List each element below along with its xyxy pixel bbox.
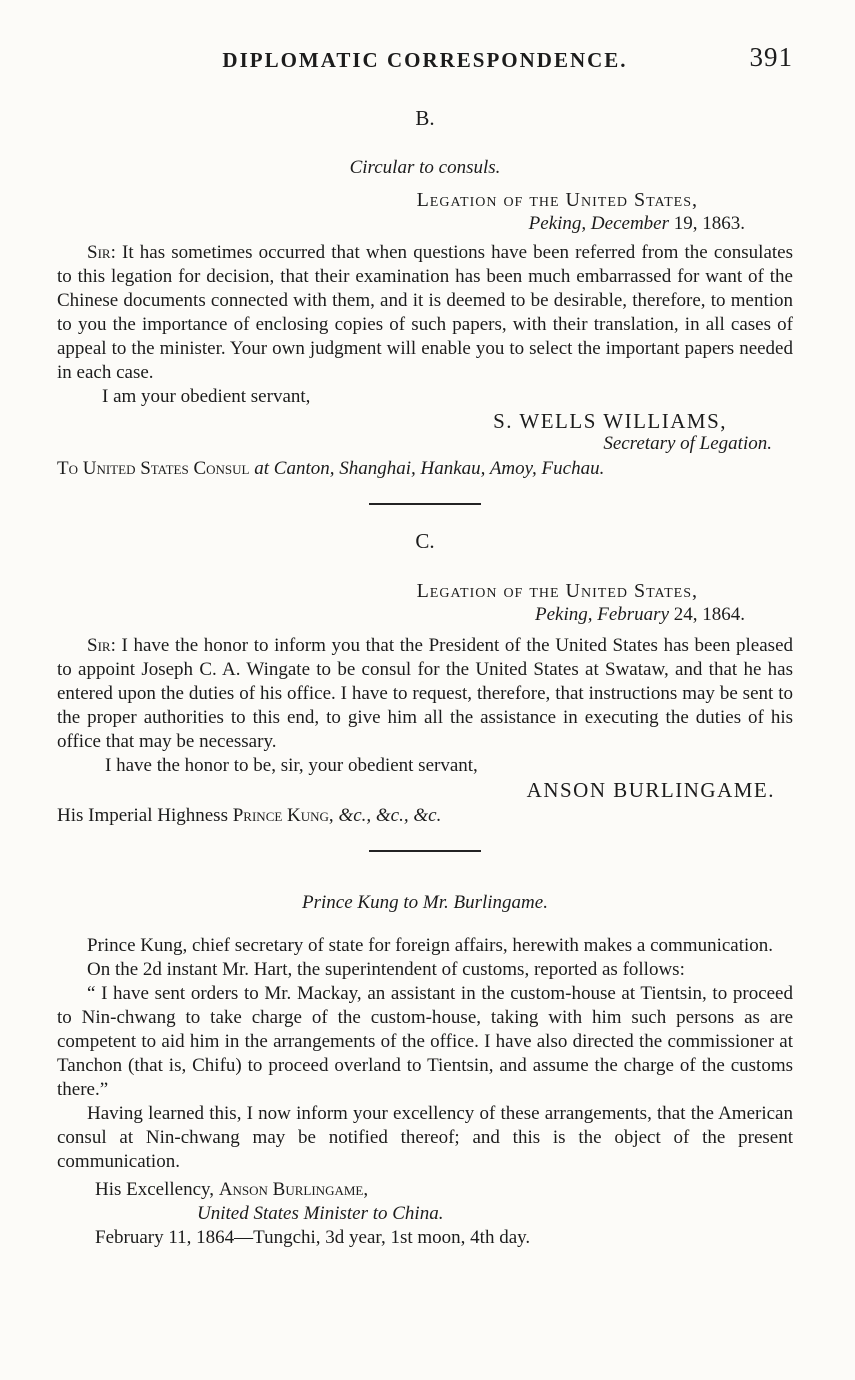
page-title: DIPLOMATIC CORRESPONDENCE.: [222, 48, 627, 73]
addressee-prefix: His Excellency,: [95, 1179, 219, 1200]
section-b-legation-heading: Legation of the United States, Peking, D…: [57, 189, 793, 235]
section-b-closing: I am your obedient servant,: [102, 385, 793, 409]
kung-letter-addressee-title: United States Minister to China.: [197, 1202, 793, 1226]
kung-letter-paragraph-1: Prince Kung, chief secretary of state fo…: [57, 934, 793, 958]
legation-line: Legation of the United States,: [57, 189, 793, 211]
section-c-legation-heading: Legation of the United States, Peking, F…: [57, 580, 793, 626]
kung-letter-addressee: His Excellency, Anson Burlingame,: [95, 1178, 793, 1202]
legation-line: Legation of the United States,: [57, 580, 793, 602]
section-b-label: B.: [57, 106, 793, 131]
section-b-signature: S. WELLS WILLIAMS,: [57, 409, 793, 433]
section-c-body-paragraph: Sir: I have the honor to inform you that…: [57, 634, 793, 754]
addressee-etc: &c., &c., &c.: [338, 805, 441, 826]
kung-letter-paragraph-3: Having learned this, I now inform your e…: [57, 1102, 793, 1174]
kung-letter-date-line: February 11, 1864—Tungchi, 3d year, 1st …: [95, 1226, 793, 1250]
dateline-date: 24, 1864.: [674, 604, 745, 625]
dateline-place: Peking, December: [529, 213, 669, 234]
page-number: 391: [750, 42, 794, 73]
section-b-signature-title: Secretary of Legation.: [57, 433, 793, 455]
section-c-closing: I have the honor to be, sir, your obedie…: [105, 754, 793, 778]
section-b-subtitle: Circular to consuls.: [57, 157, 793, 179]
dateline-place: Peking, February: [535, 604, 669, 625]
section-c-signature: ANSON BURLINGAME.: [57, 778, 793, 802]
kung-letter-quote-paragraph: “ I have sent orders to Mr. Mackay, an a…: [57, 982, 793, 1102]
salutation: Sir:: [87, 242, 116, 263]
letter-body-text: It has sometimes occurred that when ques…: [57, 242, 793, 383]
addressee-name: To United States Consul: [57, 458, 250, 479]
addressee-places: at Canton, Shanghai, Hankau, Amoy, Fucha…: [254, 458, 604, 479]
section-c-label: C.: [57, 529, 793, 554]
section-divider-rule: [369, 503, 481, 505]
section-b-body-paragraph: Sir: It has sometimes occurred that when…: [57, 241, 793, 385]
addressee-name: Anson Burlingame,: [219, 1179, 368, 1200]
kung-letter-heading: Prince Kung to Mr. Burlingame.: [57, 892, 793, 914]
section-divider-rule: [369, 850, 481, 852]
addressee-name: Prince Kung,: [233, 805, 334, 826]
dateline-date: 19, 1863.: [674, 213, 745, 234]
page-header: DIPLOMATIC CORRESPONDENCE. 391: [57, 48, 793, 78]
section-c-addressee: His Imperial Highness Prince Kung, &c., …: [57, 804, 793, 828]
section-b-addressee: To United States Consul at Canton, Shang…: [57, 457, 793, 481]
document-page: DIPLOMATIC CORRESPONDENCE. 391 B. Circul…: [0, 0, 855, 1380]
legation-dateline: Peking, February 24, 1864.: [57, 604, 793, 626]
legation-dateline: Peking, December 19, 1863.: [57, 213, 793, 235]
salutation: Sir:: [87, 635, 116, 656]
letter-body-text: I have the honor to inform you that the …: [57, 635, 793, 752]
kung-letter-paragraph-2: On the 2d instant Mr. Hart, the superint…: [57, 958, 793, 982]
addressee-prefix: His Imperial Highness: [57, 805, 233, 826]
